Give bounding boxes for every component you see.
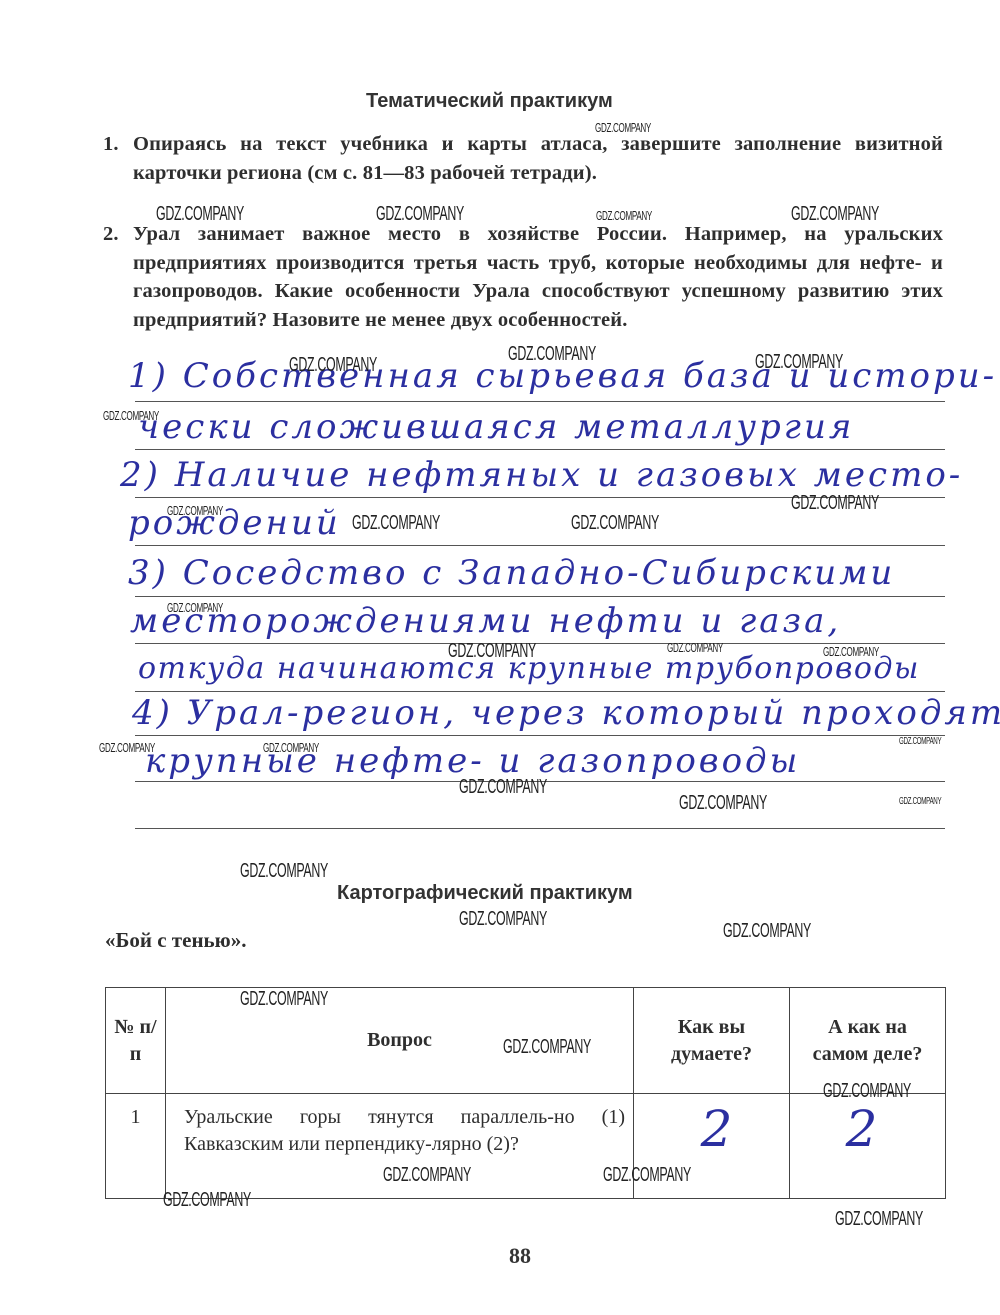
answer-rule-7	[135, 691, 945, 692]
watermark: GDZ.COMPANY	[448, 640, 536, 663]
watermark: GDZ.COMPANY	[823, 644, 879, 659]
header-num: № п/п	[106, 988, 166, 1094]
answer-rule-5	[135, 596, 945, 597]
watermark: GDZ.COMPANY	[167, 503, 223, 518]
handwritten-line-9[interactable]: крупные нефте- и газопроводы	[145, 741, 800, 781]
task-2-number: 2.	[103, 220, 119, 249]
watermark: GDZ.COMPANY	[240, 988, 328, 1011]
watermark: GDZ.COMPANY	[899, 736, 941, 747]
watermark: GDZ.COMPANY	[156, 203, 244, 226]
page-number: 88	[509, 1243, 531, 1269]
watermark: GDZ.COMPANY	[376, 203, 464, 226]
watermark: GDZ.COMPANY	[99, 740, 155, 755]
answer-rule-4	[135, 545, 945, 546]
task-2-text: Урал занимает важное место в хозяйстве Р…	[133, 220, 943, 334]
watermark: GDZ.COMPANY	[167, 600, 223, 615]
task-1: 1. Опираясь на текст учебника и карты ат…	[103, 130, 943, 187]
watermark: GDZ.COMPANY	[459, 908, 547, 931]
watermark: GDZ.COMPANY	[667, 640, 723, 655]
header-actual: А как на самом деле?	[790, 988, 946, 1094]
exercise-subtitle: «Бой с тенью».	[105, 928, 246, 953]
watermark: GDZ.COMPANY	[595, 120, 651, 135]
table-row: 1 Уральские горы тянутся параллель-но (1…	[106, 1094, 946, 1199]
row-1-actual-cell[interactable]: 2	[790, 1094, 946, 1199]
task-1-text: Опираясь на текст учебника и карты атлас…	[133, 130, 943, 187]
watermark: GDZ.COMPANY	[240, 860, 328, 883]
answer-rule-2	[135, 449, 945, 450]
row-1-actual-answer: 2	[846, 1104, 878, 1154]
handwritten-line-3[interactable]: 2) Наличие нефтяных и газовых место-	[120, 455, 963, 495]
answer-rule-10	[135, 828, 945, 829]
watermark: GDZ.COMPANY	[571, 512, 659, 535]
row-1-num: 1	[106, 1094, 166, 1199]
watermark: GDZ.COMPANY	[603, 1164, 691, 1187]
watermark: GDZ.COMPANY	[508, 343, 596, 366]
header-guess: Как вы думаете?	[634, 988, 790, 1094]
watermark: GDZ.COMPANY	[352, 512, 440, 535]
answer-rule-1	[135, 401, 945, 402]
section-title-thematic: Тематический практикум	[366, 90, 613, 113]
handwritten-line-4[interactable]: рождений	[128, 503, 341, 543]
watermark: GDZ.COMPANY	[596, 208, 652, 223]
handwritten-line-8[interactable]: 4) Урал-регион, через который проходят	[132, 693, 1000, 733]
watermark: GDZ.COMPANY	[755, 351, 843, 374]
handwritten-line-2[interactable]: чески сложившаяся металлургия	[138, 407, 854, 447]
row-1-guess-answer: 2	[701, 1104, 733, 1154]
handwritten-line-5[interactable]: 3) Соседство с Западно-Сибирскими	[128, 553, 895, 593]
watermark: GDZ.COMPANY	[289, 354, 377, 377]
watermark: GDZ.COMPANY	[103, 408, 159, 423]
watermark: GDZ.COMPANY	[823, 1080, 911, 1103]
task-1-number: 1.	[103, 130, 119, 159]
section-title-cartographic: Картографический практикум	[337, 882, 633, 905]
watermark: GDZ.COMPANY	[459, 776, 547, 799]
watermark: GDZ.COMPANY	[899, 796, 941, 807]
watermark: GDZ.COMPANY	[263, 740, 319, 755]
quiz-table: № п/п Вопрос Как вы думаете? А как на са…	[105, 987, 946, 1199]
watermark: GDZ.COMPANY	[791, 203, 879, 226]
watermark: GDZ.COMPANY	[835, 1208, 923, 1231]
watermark: GDZ.COMPANY	[791, 492, 879, 515]
answer-rule-8	[135, 735, 945, 736]
watermark: GDZ.COMPANY	[163, 1189, 251, 1212]
watermark: GDZ.COMPANY	[383, 1164, 471, 1187]
watermark: GDZ.COMPANY	[503, 1036, 591, 1059]
handwritten-line-6[interactable]: месторождениями нефти и газа,	[130, 601, 841, 641]
task-2: 2. Урал занимает важное место в хозяйств…	[103, 220, 943, 334]
watermark: GDZ.COMPANY	[723, 920, 811, 943]
watermark: GDZ.COMPANY	[679, 792, 767, 815]
